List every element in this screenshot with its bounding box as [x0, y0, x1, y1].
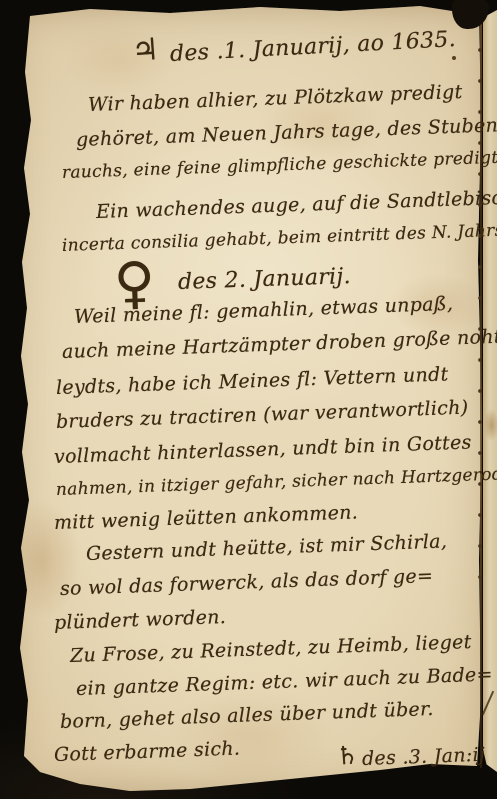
entry-date-jan3: des .3. Jan:ij [362, 744, 486, 770]
manuscript-scan: ♃ des .1. Januarij, ao 1635. Wir haben a… [0, 0, 497, 799]
ink-speck [452, 56, 456, 60]
thursday-jupiter-symbol: ♃ [131, 35, 160, 67]
saturday-saturn-symbol: ♄ [335, 742, 359, 769]
